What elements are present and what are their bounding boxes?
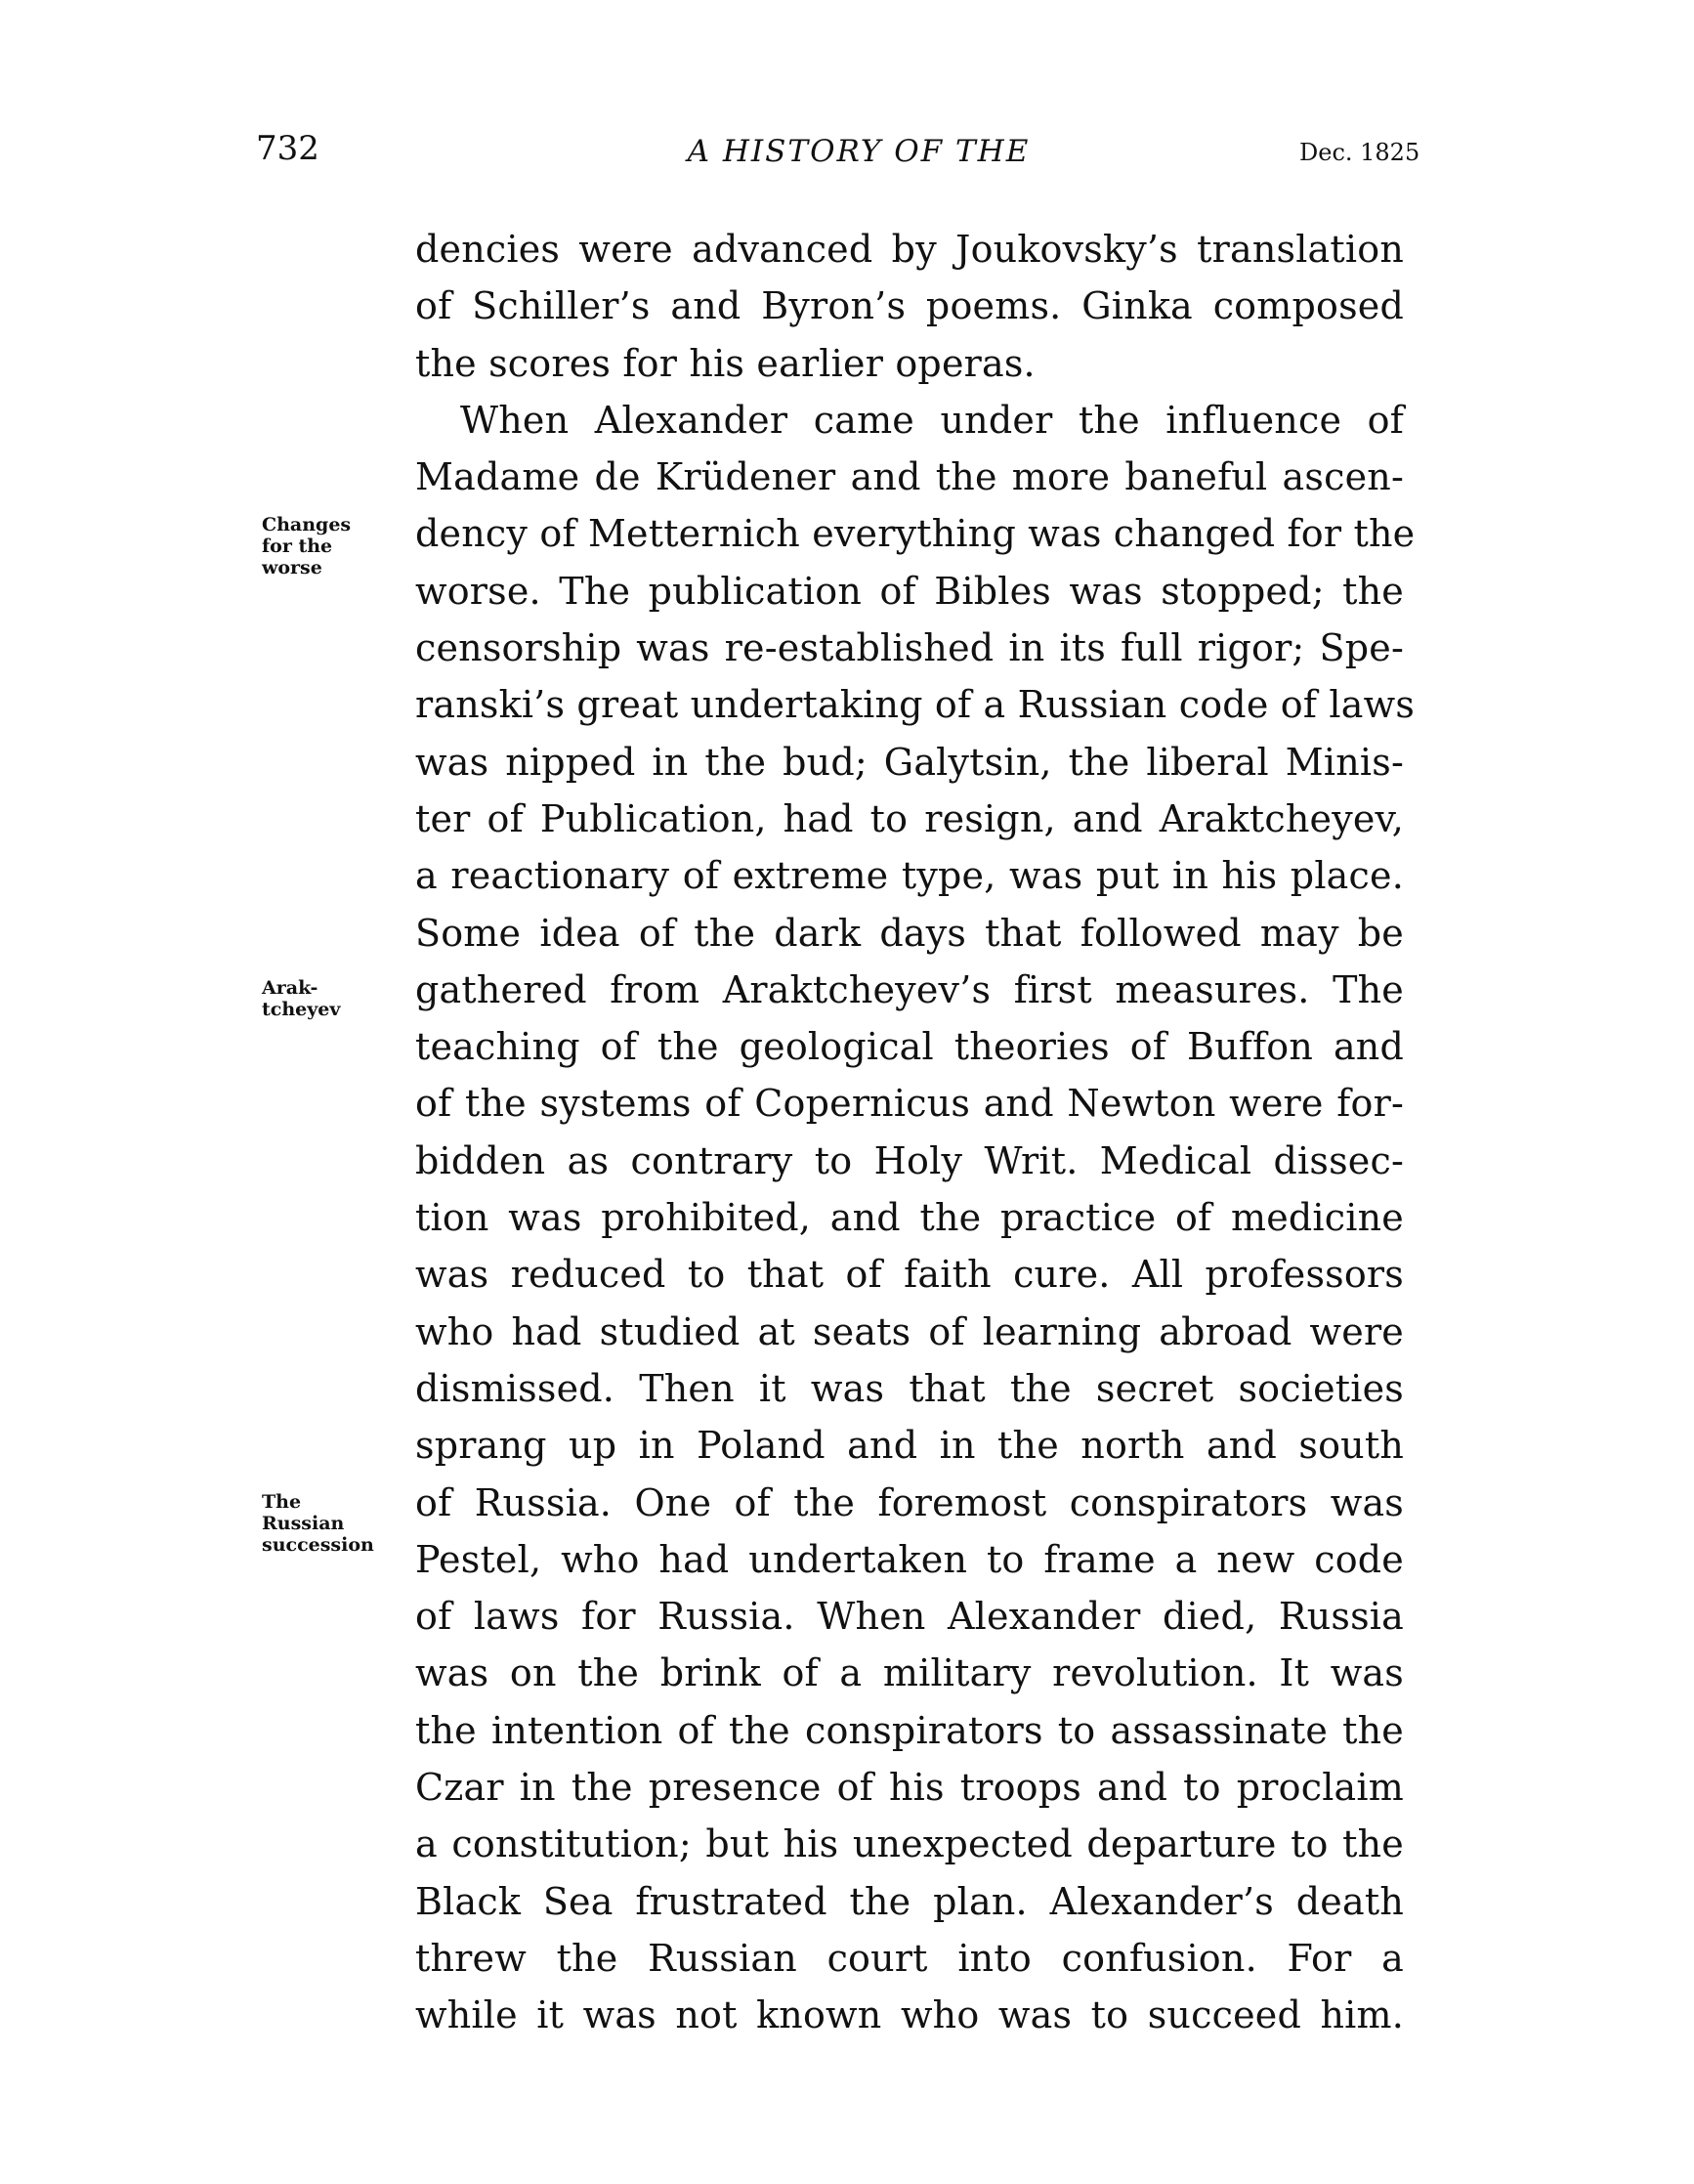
text-line: worse. The publication of Bibles was sto… (415, 563, 1404, 620)
text-line: was nipped in the bud; Galytsin, the lib… (415, 734, 1404, 791)
text-line: threw the Russian court into confusion. … (415, 1930, 1404, 1987)
margin-note-line: for the (262, 535, 351, 557)
text-line: censorship was re-established in its ful… (415, 620, 1404, 676)
text-line: of Russia. One of the foremost conspirat… (415, 1475, 1404, 1531)
text-line: of the systems of Copernicus and Newton … (415, 1075, 1404, 1132)
text-line: who had studied at seats of learning abr… (415, 1304, 1404, 1360)
text-line: Black Sea frustrated the plan. Alexander… (415, 1873, 1404, 1930)
text-line: of Schiller’s and Byron’s poems. Ginka c… (415, 278, 1404, 334)
text-line: was on the brink of a military revolutio… (415, 1645, 1404, 1701)
text-line: tion was prohibited, and the practice of… (415, 1189, 1404, 1246)
text-line: a reactionary of extreme type, was put i… (415, 847, 1404, 904)
margin-note-araktcheyev: Arak- tcheyev (262, 977, 340, 1020)
margin-note-line: Arak- (262, 977, 340, 999)
header-date: Dec. 1825 (1299, 139, 1419, 166)
margin-note-line: succession (262, 1534, 374, 1556)
text-line: of laws for Russia. When Alexander died,… (415, 1588, 1404, 1645)
text-line: the scores for his earlier operas. (415, 335, 1404, 392)
text-line: bidden as contrary to Holy Writ. Medical… (415, 1133, 1404, 1189)
text-line: sprang up in Poland and in the north and… (415, 1417, 1404, 1474)
text-line: dencies were advanced by Joukovsky’s tra… (415, 221, 1404, 278)
text-line: was reduced to that of faith cure. All p… (415, 1246, 1404, 1303)
margin-note-succession: The Russian succession (262, 1491, 374, 1556)
text-line: a constitution; but his unexpected depar… (415, 1816, 1404, 1872)
running-title: A HISTORY OF THE (0, 134, 1694, 169)
text-line: dismissed. Then it was that the secret s… (415, 1360, 1404, 1417)
text-line: while it was not known who was to succee… (415, 1987, 1404, 2043)
margin-note-line: worse (262, 557, 351, 578)
text-line: ranski’s great undertaking of a Russian … (415, 676, 1404, 733)
text-line: Madame de Krüdener and the more baneful … (415, 449, 1404, 505)
text-line: dency of Metternich everything was chang… (415, 505, 1404, 562)
text-line: When Alexander came under the influence … (415, 392, 1404, 449)
text-line: Pestel, who had undertaken to frame a ne… (415, 1531, 1404, 1588)
margin-note-line: The (262, 1491, 374, 1513)
margin-note-changes: Changes for the worse (262, 514, 351, 578)
text-line: teaching of the geological theories of B… (415, 1018, 1404, 1075)
margin-note-line: Changes (262, 514, 351, 535)
text-line: Some idea of the dark days that followed… (415, 905, 1404, 962)
body-text: dencies were advanced by Joukovsky’s tra… (415, 221, 1404, 2044)
text-line: the intention of the conspirators to ass… (415, 1702, 1404, 1759)
text-line: ter of Publication, had to resign, and A… (415, 791, 1404, 847)
text-line: gathered from Araktcheyev’s first measur… (415, 962, 1404, 1018)
margin-note-line: Russian (262, 1513, 374, 1534)
margin-note-line: tcheyev (262, 999, 340, 1020)
text-line: Czar in the presence of his troops and t… (415, 1759, 1404, 1816)
